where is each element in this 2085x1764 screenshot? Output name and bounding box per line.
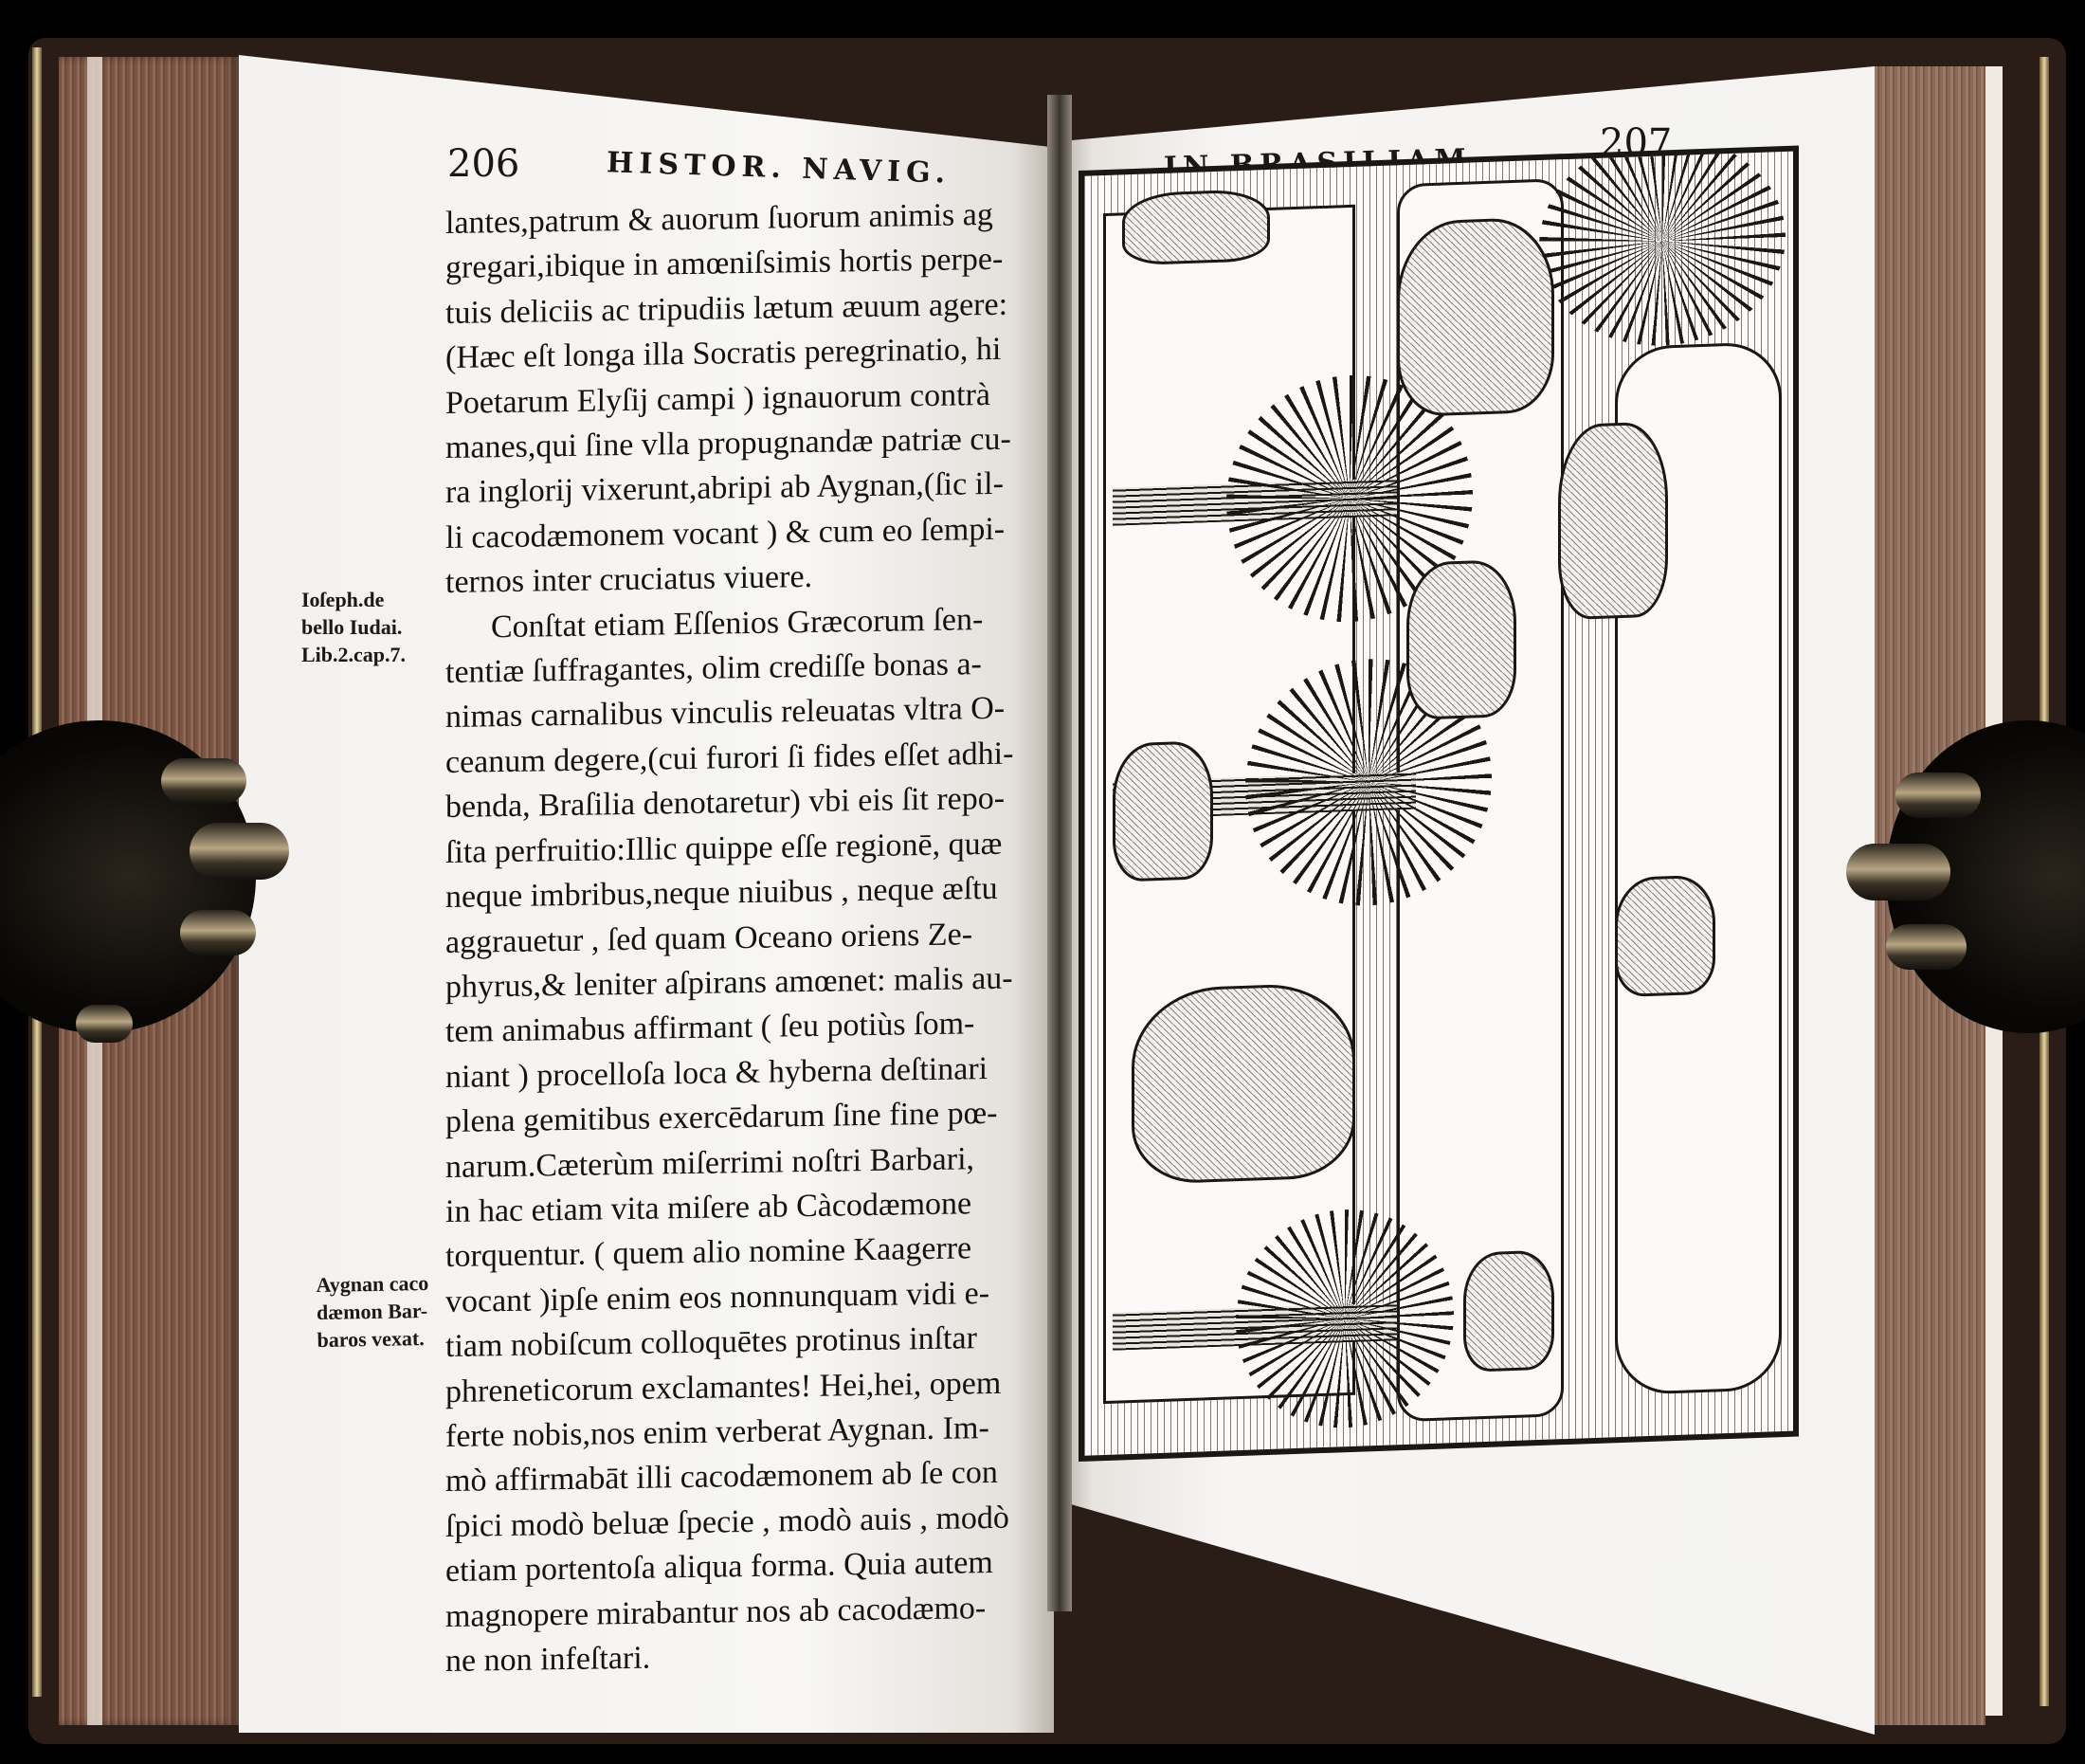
finger-icon: [180, 910, 256, 955]
standing-figures-icon: [1406, 559, 1516, 720]
demon-monkey-figure-icon: [1397, 216, 1554, 417]
page-number-left: 206: [447, 142, 519, 186]
tormented-native-figure-icon: [1132, 982, 1355, 1185]
finger-icon: [190, 823, 289, 880]
marginal-note-josephus: Ioſeph.de bello Iudai. Lib.2.cap.7.: [301, 586, 406, 668]
seated-figure-icon: [1463, 1249, 1554, 1372]
finger-icon: [1895, 773, 1981, 818]
marginal-note-line: baros vexat.: [317, 1324, 429, 1354]
marginal-note-aygnan: Aygnan caco dæmon Bar- baros vexat.: [316, 1269, 429, 1354]
marginal-note-line: Ioſeph.de: [301, 586, 406, 613]
finger-icon: [161, 758, 246, 804]
text-line: ne non infeſtari.: [445, 1629, 1052, 1683]
left-page-body: lantes,patrum & auorum ſuorum animis ag …: [445, 191, 1052, 1683]
reclining-figure-icon: [1122, 189, 1270, 265]
marginal-note-line: Aygnan caco: [316, 1269, 428, 1299]
finger-icon: [1886, 924, 1967, 970]
hut-icon: [1558, 421, 1668, 620]
text-line: magnopere mirabantur nos ab cacodæmo-: [445, 1585, 1052, 1639]
finger-icon: [76, 1005, 133, 1043]
native-figure-icon: [1113, 740, 1213, 882]
marginal-note-line: bello Iudai.: [301, 613, 406, 641]
marginal-note-line: Lib.2.cap.7.: [301, 641, 406, 668]
flying-demon-icon: [1615, 875, 1715, 998]
woodcut-illustration: [1079, 145, 1799, 1462]
finger-icon: [1846, 844, 1950, 900]
marginal-note-line: dæmon Bar-: [317, 1297, 429, 1326]
tree-canopy-icon: [1539, 145, 1786, 350]
